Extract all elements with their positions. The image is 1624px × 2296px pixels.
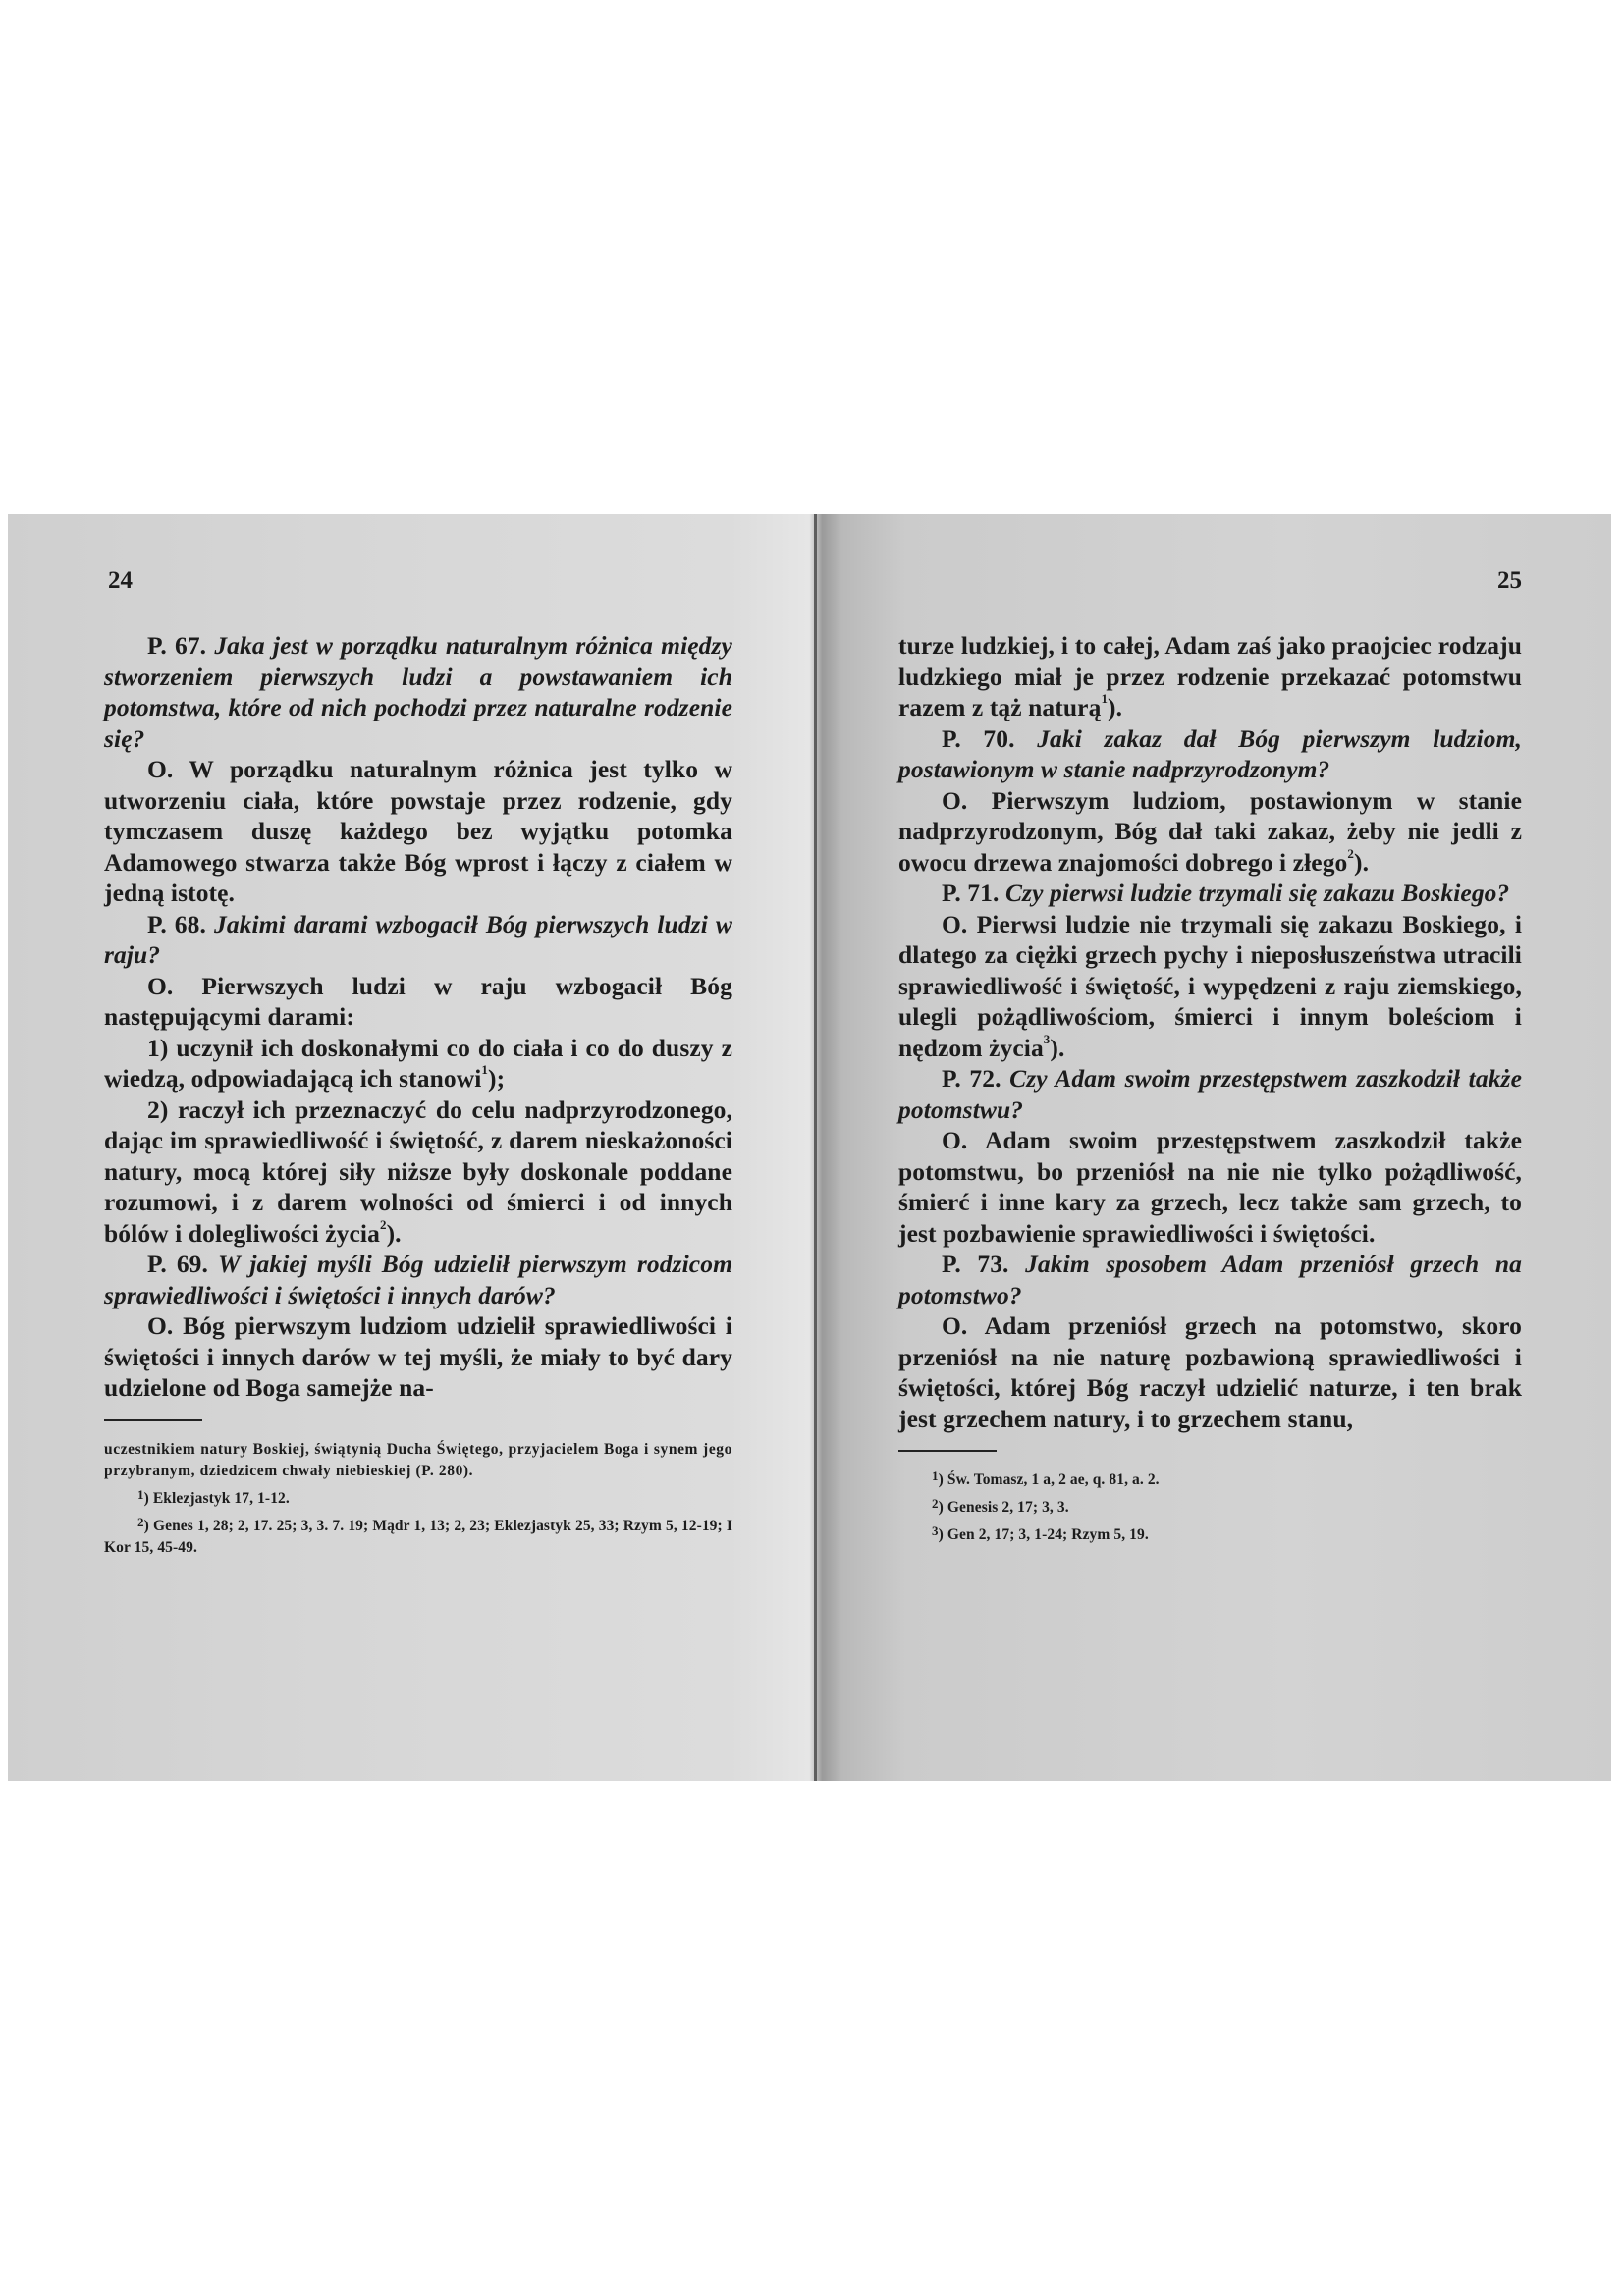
answer-paragraph: O. Pierwszym ludziom, postawionym w stan… (898, 785, 1522, 879)
footnote: 1) Św. Tomasz, 1 a, 2 ae, q. 81, a. 2. (898, 1469, 1522, 1491)
answer-paragraph: O. Adam przeniósł grzech na potomstwo, s… (898, 1310, 1522, 1434)
question-paragraph: P. 73. Jakim sposobem Adam przeniósł grz… (898, 1249, 1522, 1310)
question-paragraph: P. 70. Jaki zakaz dał Bóg pierwszym ludz… (898, 723, 1522, 785)
footnotes: uczestnikiem natury Boskiej, świątynią D… (104, 1439, 732, 1559)
answer-paragraph: O. Adam swoim przestępstwem zaszkodził t… (898, 1125, 1522, 1249)
answer-paragraph: O. Pierwszych ludzi w raju wzbogacił Bóg… (104, 971, 732, 1033)
answer-list-item: 1) uczynił ich doskonałymi co do ciała i… (104, 1033, 732, 1095)
footnote-divider (104, 1419, 202, 1421)
question-paragraph: P. 68. Jakimi darami wzbogacił Bóg pierw… (104, 909, 732, 971)
continuation-paragraph: turze ludzkiej, i to całej, Adam zaś jak… (898, 630, 1522, 723)
page-body: P. 67. Jaka jest w porządku naturalnym r… (104, 630, 732, 1565)
question-paragraph: P. 69. W jakiej myśli Bóg udzielił pierw… (104, 1249, 732, 1310)
question-paragraph: P. 72. Czy Adam swoim przestępstwem zasz… (898, 1063, 1522, 1125)
footnote: 2) Genes 1, 28; 2, 17. 25; 3, 3. 7. 19; … (104, 1516, 732, 1559)
question-text: Czy pierwsi ludzie trzymali się zakazu B… (1005, 879, 1509, 907)
footnote-ref: 2 (380, 1217, 387, 1232)
footnote: 2) Genesis 2, 17; 3, 3. (898, 1497, 1522, 1519)
footnote: 1) Eklezjastyk 17, 1-12. (104, 1488, 732, 1510)
footnote: 3) Gen 2, 17; 3, 1-24; Rzym 5, 19. (898, 1524, 1522, 1546)
footnote-divider (898, 1450, 997, 1452)
footnotes: 1) Św. Tomasz, 1 a, 2 ae, q. 81, a. 2. 2… (898, 1469, 1522, 1546)
page-number: 25 (1497, 567, 1522, 595)
page-number: 24 (108, 567, 133, 595)
page-body: turze ludzkiej, i to całej, Adam zaś jak… (898, 630, 1522, 1552)
question-paragraph: P. 71. Czy pierwsi ludzie trzymali się z… (898, 878, 1522, 909)
footnote-continuation: uczestnikiem natury Boskiej, świątynią D… (104, 1439, 732, 1482)
left-page: 24 P. 67. Jaka jest w porządku naturalny… (94, 514, 732, 1781)
answer-paragraph: O. Bóg pierwszym ludziom udzielił sprawi… (104, 1310, 732, 1404)
right-page: 25 turze ludzkiej, i to całej, Adam zaś … (898, 514, 1522, 1781)
answer-paragraph: O. Pierwsi ludzie nie trzymali się zakaz… (898, 909, 1522, 1064)
book-gutter (814, 514, 817, 1781)
answer-list-item: 2) raczył ich przeznaczyć do celu nadprz… (104, 1095, 732, 1250)
question-paragraph: P. 67. Jaka jest w porządku naturalnym r… (104, 630, 732, 754)
answer-paragraph: O. W porządku naturalnym różnica jest ty… (104, 754, 732, 909)
